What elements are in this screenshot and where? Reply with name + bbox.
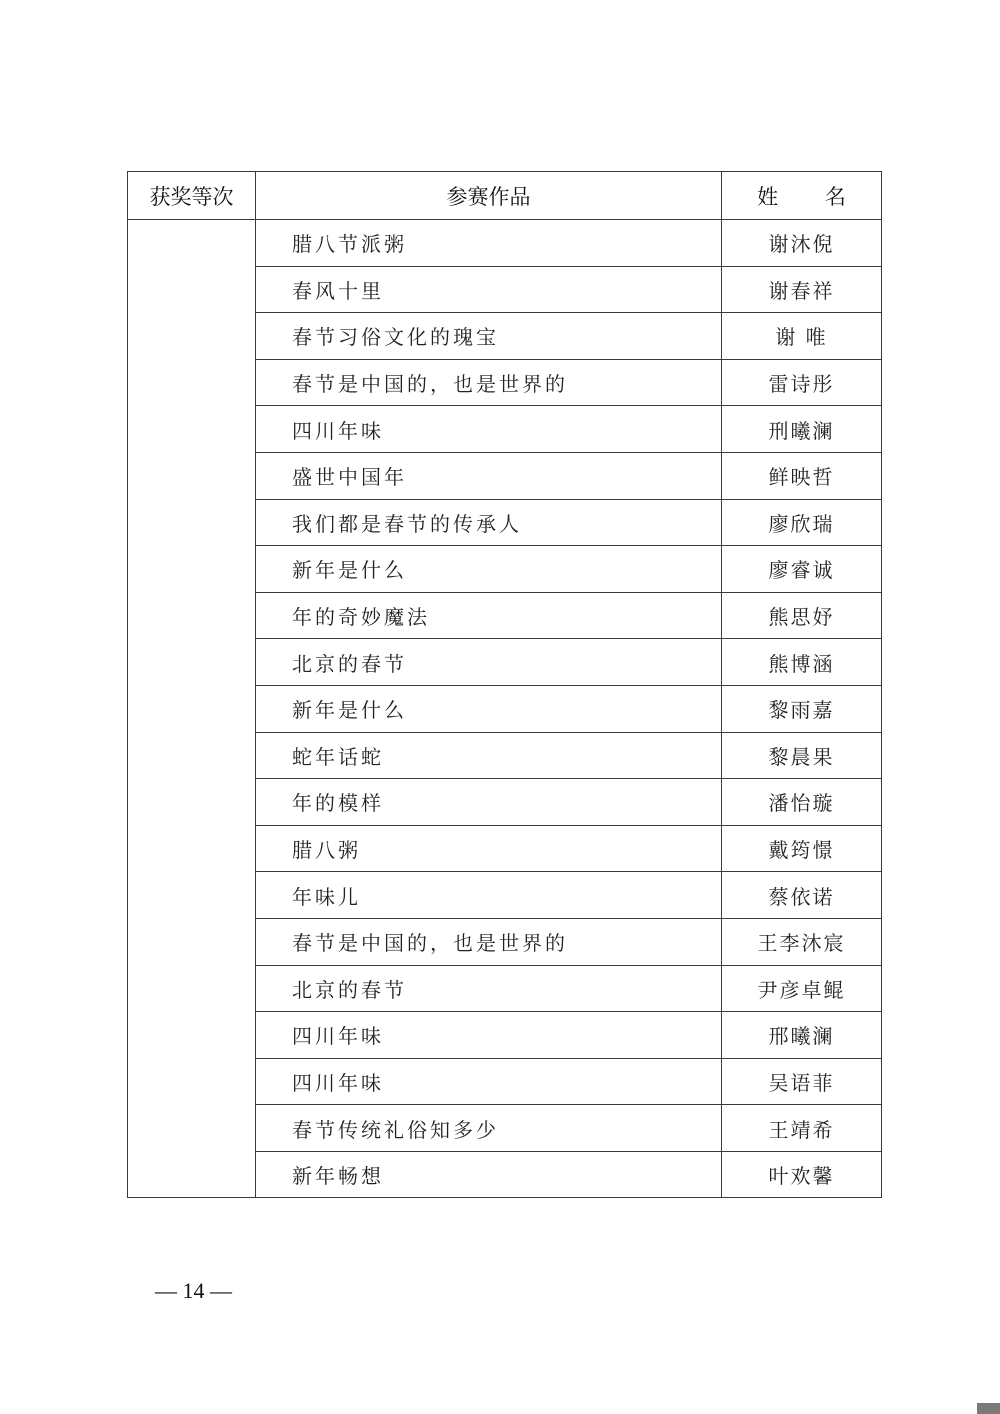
participant-name-cell: 谢沐倪 <box>722 220 882 267</box>
participant-name-cell: 潘怡璇 <box>722 779 882 826</box>
participant-name-cell: 谢 唯 <box>722 313 882 360</box>
participant-name-cell: 刑曦澜 <box>722 406 882 453</box>
participant-name-cell: 王李沐宸 <box>722 918 882 965</box>
participant-name-cell: 黎晨果 <box>722 732 882 779</box>
participant-name-cell: 邢曦澜 <box>722 1012 882 1059</box>
table-row: 腊八节派粥谢沐倪 <box>128 220 882 267</box>
participant-name-cell: 黎雨嘉 <box>722 685 882 732</box>
participant-name-cell: 谢春祥 <box>722 266 882 313</box>
work-title-cell: 腊八粥 <box>256 825 722 872</box>
work-title-cell: 北京的春节 <box>256 965 722 1012</box>
work-title-cell: 春节习俗文化的瑰宝 <box>256 313 722 360</box>
work-title-cell: 蛇年话蛇 <box>256 732 722 779</box>
work-title-cell: 四川年味 <box>256 406 722 453</box>
page-number: — 14 — <box>155 1278 232 1304</box>
header-entry-work: 参赛作品 <box>256 172 722 220</box>
work-title-cell: 春风十里 <box>256 266 722 313</box>
work-title-cell: 新年畅想 <box>256 1151 722 1198</box>
work-title-cell: 春节是中国的，也是世界的 <box>256 359 722 406</box>
work-title-cell: 春节传统礼俗知多少 <box>256 1105 722 1152</box>
participant-name-cell: 雷诗彤 <box>722 359 882 406</box>
work-title-cell: 我们都是春节的传承人 <box>256 499 722 546</box>
work-title-cell: 四川年味 <box>256 1012 722 1059</box>
work-title-cell: 四川年味 <box>256 1058 722 1105</box>
award-table: 获奖等次 参赛作品 姓 名 腊八节派粥谢沐倪春风十里谢春祥春节习俗文化的瑰宝谢 … <box>127 171 882 1198</box>
participant-name-cell: 戴筠憬 <box>722 825 882 872</box>
award-level-cell <box>128 220 256 1198</box>
work-title-cell: 年味儿 <box>256 872 722 919</box>
participant-name-cell: 熊博涵 <box>722 639 882 686</box>
participant-name-cell: 廖欣瑞 <box>722 499 882 546</box>
header-award-level: 获奖等次 <box>128 172 256 220</box>
work-title-cell: 新年是什么 <box>256 685 722 732</box>
participant-name-cell: 叶欢馨 <box>722 1151 882 1198</box>
participant-name-cell: 王靖希 <box>722 1105 882 1152</box>
work-title-cell: 腊八节派粥 <box>256 220 722 267</box>
table-body: 腊八节派粥谢沐倪春风十里谢春祥春节习俗文化的瑰宝谢 唯春节是中国的，也是世界的雷… <box>128 220 882 1198</box>
participant-name-cell: 熊思妤 <box>722 592 882 639</box>
participant-name-cell: 尹彦卓鲲 <box>722 965 882 1012</box>
work-title-cell: 北京的春节 <box>256 639 722 686</box>
participant-name-cell: 鲜映哲 <box>722 452 882 499</box>
work-title-cell: 盛世中国年 <box>256 452 722 499</box>
table-header-row: 获奖等次 参赛作品 姓 名 <box>128 172 882 220</box>
participant-name-cell: 蔡依诺 <box>722 872 882 919</box>
work-title-cell: 新年是什么 <box>256 546 722 593</box>
work-title-cell: 春节是中国的，也是世界的 <box>256 918 722 965</box>
header-name: 姓 名 <box>722 172 882 220</box>
participant-name-cell: 吴语菲 <box>722 1058 882 1105</box>
corner-marker <box>977 1403 1000 1414</box>
work-title-cell: 年的模样 <box>256 779 722 826</box>
participant-name-cell: 廖睿诚 <box>722 546 882 593</box>
work-title-cell: 年的奇妙魔法 <box>256 592 722 639</box>
